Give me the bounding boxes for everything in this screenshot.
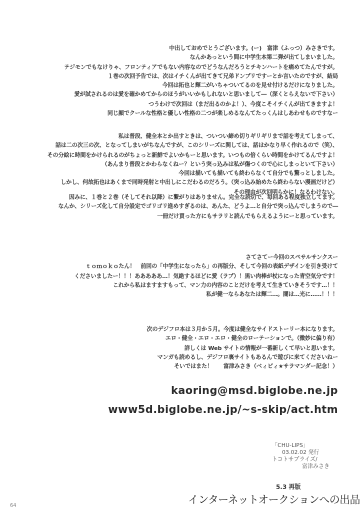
contact-url: www5d.biglobe.ne.jp/~s-skip/act.htm bbox=[108, 404, 338, 416]
text-line: 私が健一ならあなたは輝二…。闇は…光に……！！！ bbox=[74, 291, 338, 300]
colophon-date: 03.02.02 発行 bbox=[272, 450, 330, 457]
text-line: テジモンでもなけりゃ、フロンティアでもない内容なのでどうなんだろうとチキンハート… bbox=[64, 64, 338, 73]
text-line: 次のデジフロ本は３月か５月。今度は健全なサイドストーリー本になります。 bbox=[147, 326, 338, 335]
text-line: エロ・健全・エロ・エロ・健全のローテーションで。（微妙に偏り有） bbox=[147, 335, 338, 344]
text-line: マンガも読めるし、デジフロ裏サイトもあるんで遊びに来てくださいねー bbox=[147, 354, 338, 363]
page-number: 64 bbox=[10, 503, 16, 509]
text-line: 話は二の次三の次、となってしまいがちなんですが、このシリーズに関しては、話はかな… bbox=[47, 142, 338, 151]
colophon-author: 富津みさき bbox=[272, 464, 330, 471]
text-line: しかし、何故拓也はあくまで同時発射と中出しにこだわるのだろう。（突っ込み始めたら… bbox=[47, 179, 338, 188]
text-line: なんかあっという間に中学生本第二弾が出てしまいました。 bbox=[64, 54, 338, 63]
text-line: 今回は描いても描いても終わらなくて自分でも驚っとしました。 bbox=[47, 170, 338, 179]
text-line: つうわけで次回は（まだ出るのかよ！）、今度こそイチくんが出てきますよ！ bbox=[64, 101, 338, 110]
text-line: なんか、シリーズ化して自分設定でゴリゴリ進めすぎるのは、あんた、どうよ…と自分で… bbox=[58, 203, 338, 212]
text-line: くださいましたー！！！あああああ…！気絶するほどに愛（ラブ）！黒い肉棒が杖になっ… bbox=[74, 273, 338, 282]
auction-notice: インターネットオークションへの出品を禁じます bbox=[188, 492, 360, 507]
paragraph-next-book: 次のデジフロ本は３月か５月。今度は健全なサイドストーリー本になります。 エロ・健… bbox=[147, 326, 338, 372]
text-line: 今回は拓也と輝二がいちゃついてるのを見せ付けるだけになりました。 bbox=[64, 82, 338, 91]
paragraph-special-thanks: さてさてー今回のスペサルサンクスー ｔｏｍｏｋｏたん！ 前回の「中学生になったら… bbox=[74, 254, 338, 300]
paragraph-greeting: 中出しておめでとうございます。(ー) 富津（ふっつ）みさきです。 なんかあっとい… bbox=[64, 45, 338, 119]
text-line: ｔｏｍｏｋｏたん！ 前回の「中学生になったら」の再版分、そして今回の表紙デザイン… bbox=[74, 263, 338, 272]
text-line: 詳しくは Web サイトの情報が一番新しくて早いと思います。 bbox=[147, 345, 338, 354]
contact-email: kaoring@msd.biglobe.ne.jp bbox=[171, 385, 338, 397]
handwritten-colophon: 「CHU-LIPS」 03.02.02 発行 トコトサプライズ/ 富津みさき bbox=[272, 443, 330, 471]
text-line: 私は普段、健全本とか出すときは、ついつい締め切りギリギリまで話を考えてしまって、 bbox=[47, 133, 338, 142]
text-line: その分絵に時間をかけられるのがちょっと新鮮でよいかもーと思います。いつもの倍くら… bbox=[47, 152, 338, 161]
text-line: 愛が試されるのは愛を確かめてからのほうがいいかもしれないと思いまして―（深くとら… bbox=[64, 91, 338, 100]
paragraph-process: 私は普段、健全本とか出すときは、ついつい締め切りギリギリまで話を考えてしまって、… bbox=[47, 133, 338, 198]
text-line: （あんまり普段とかわらなくねー？という突っ込みは私が傷つくので心にしまっといて下… bbox=[47, 161, 338, 170]
text-line: 一冊だけ買った方にもサラリと読んでもらえるようにーと思っています。 bbox=[58, 213, 338, 222]
reprint-label: 5.3 再版 bbox=[276, 482, 301, 491]
text-line: 同じ顔でクールな性格と優しい性格の二つが楽しめるなんてたっくんはしあわせものです… bbox=[64, 110, 338, 119]
text-line: 中出しておめでとうございます。(ー) 富津（ふっつ）みさきです。 bbox=[64, 45, 338, 54]
text-line: そいではまた！ 富津みさき（ベィビィ★サラマンダー記念！） bbox=[147, 363, 338, 372]
text-line: これから私はますますもって、マン力の内容のことだけを考えて生きていきそうです…！… bbox=[74, 282, 338, 291]
text-line: さてさてー今回のスペサルサンクスー bbox=[74, 254, 338, 263]
colophon-title: 「CHU-LIPS」 bbox=[272, 443, 330, 450]
text-line: １巻の次回予告では、次はイチくんが出てきて兄弟ドンブリですーとか言いたのですが、… bbox=[64, 73, 338, 82]
paragraph-series-note: 因みに、１巻と２巻（そしてそれ以降）に繋がりはありません。完全な読切で、毎回ある… bbox=[58, 194, 338, 222]
colophon-circle: トコトサプライズ/ bbox=[272, 457, 330, 464]
text-line: 因みに、１巻と２巻（そしてそれ以降）に繋がりはありません。完全な読切で、毎回ある… bbox=[58, 194, 338, 203]
